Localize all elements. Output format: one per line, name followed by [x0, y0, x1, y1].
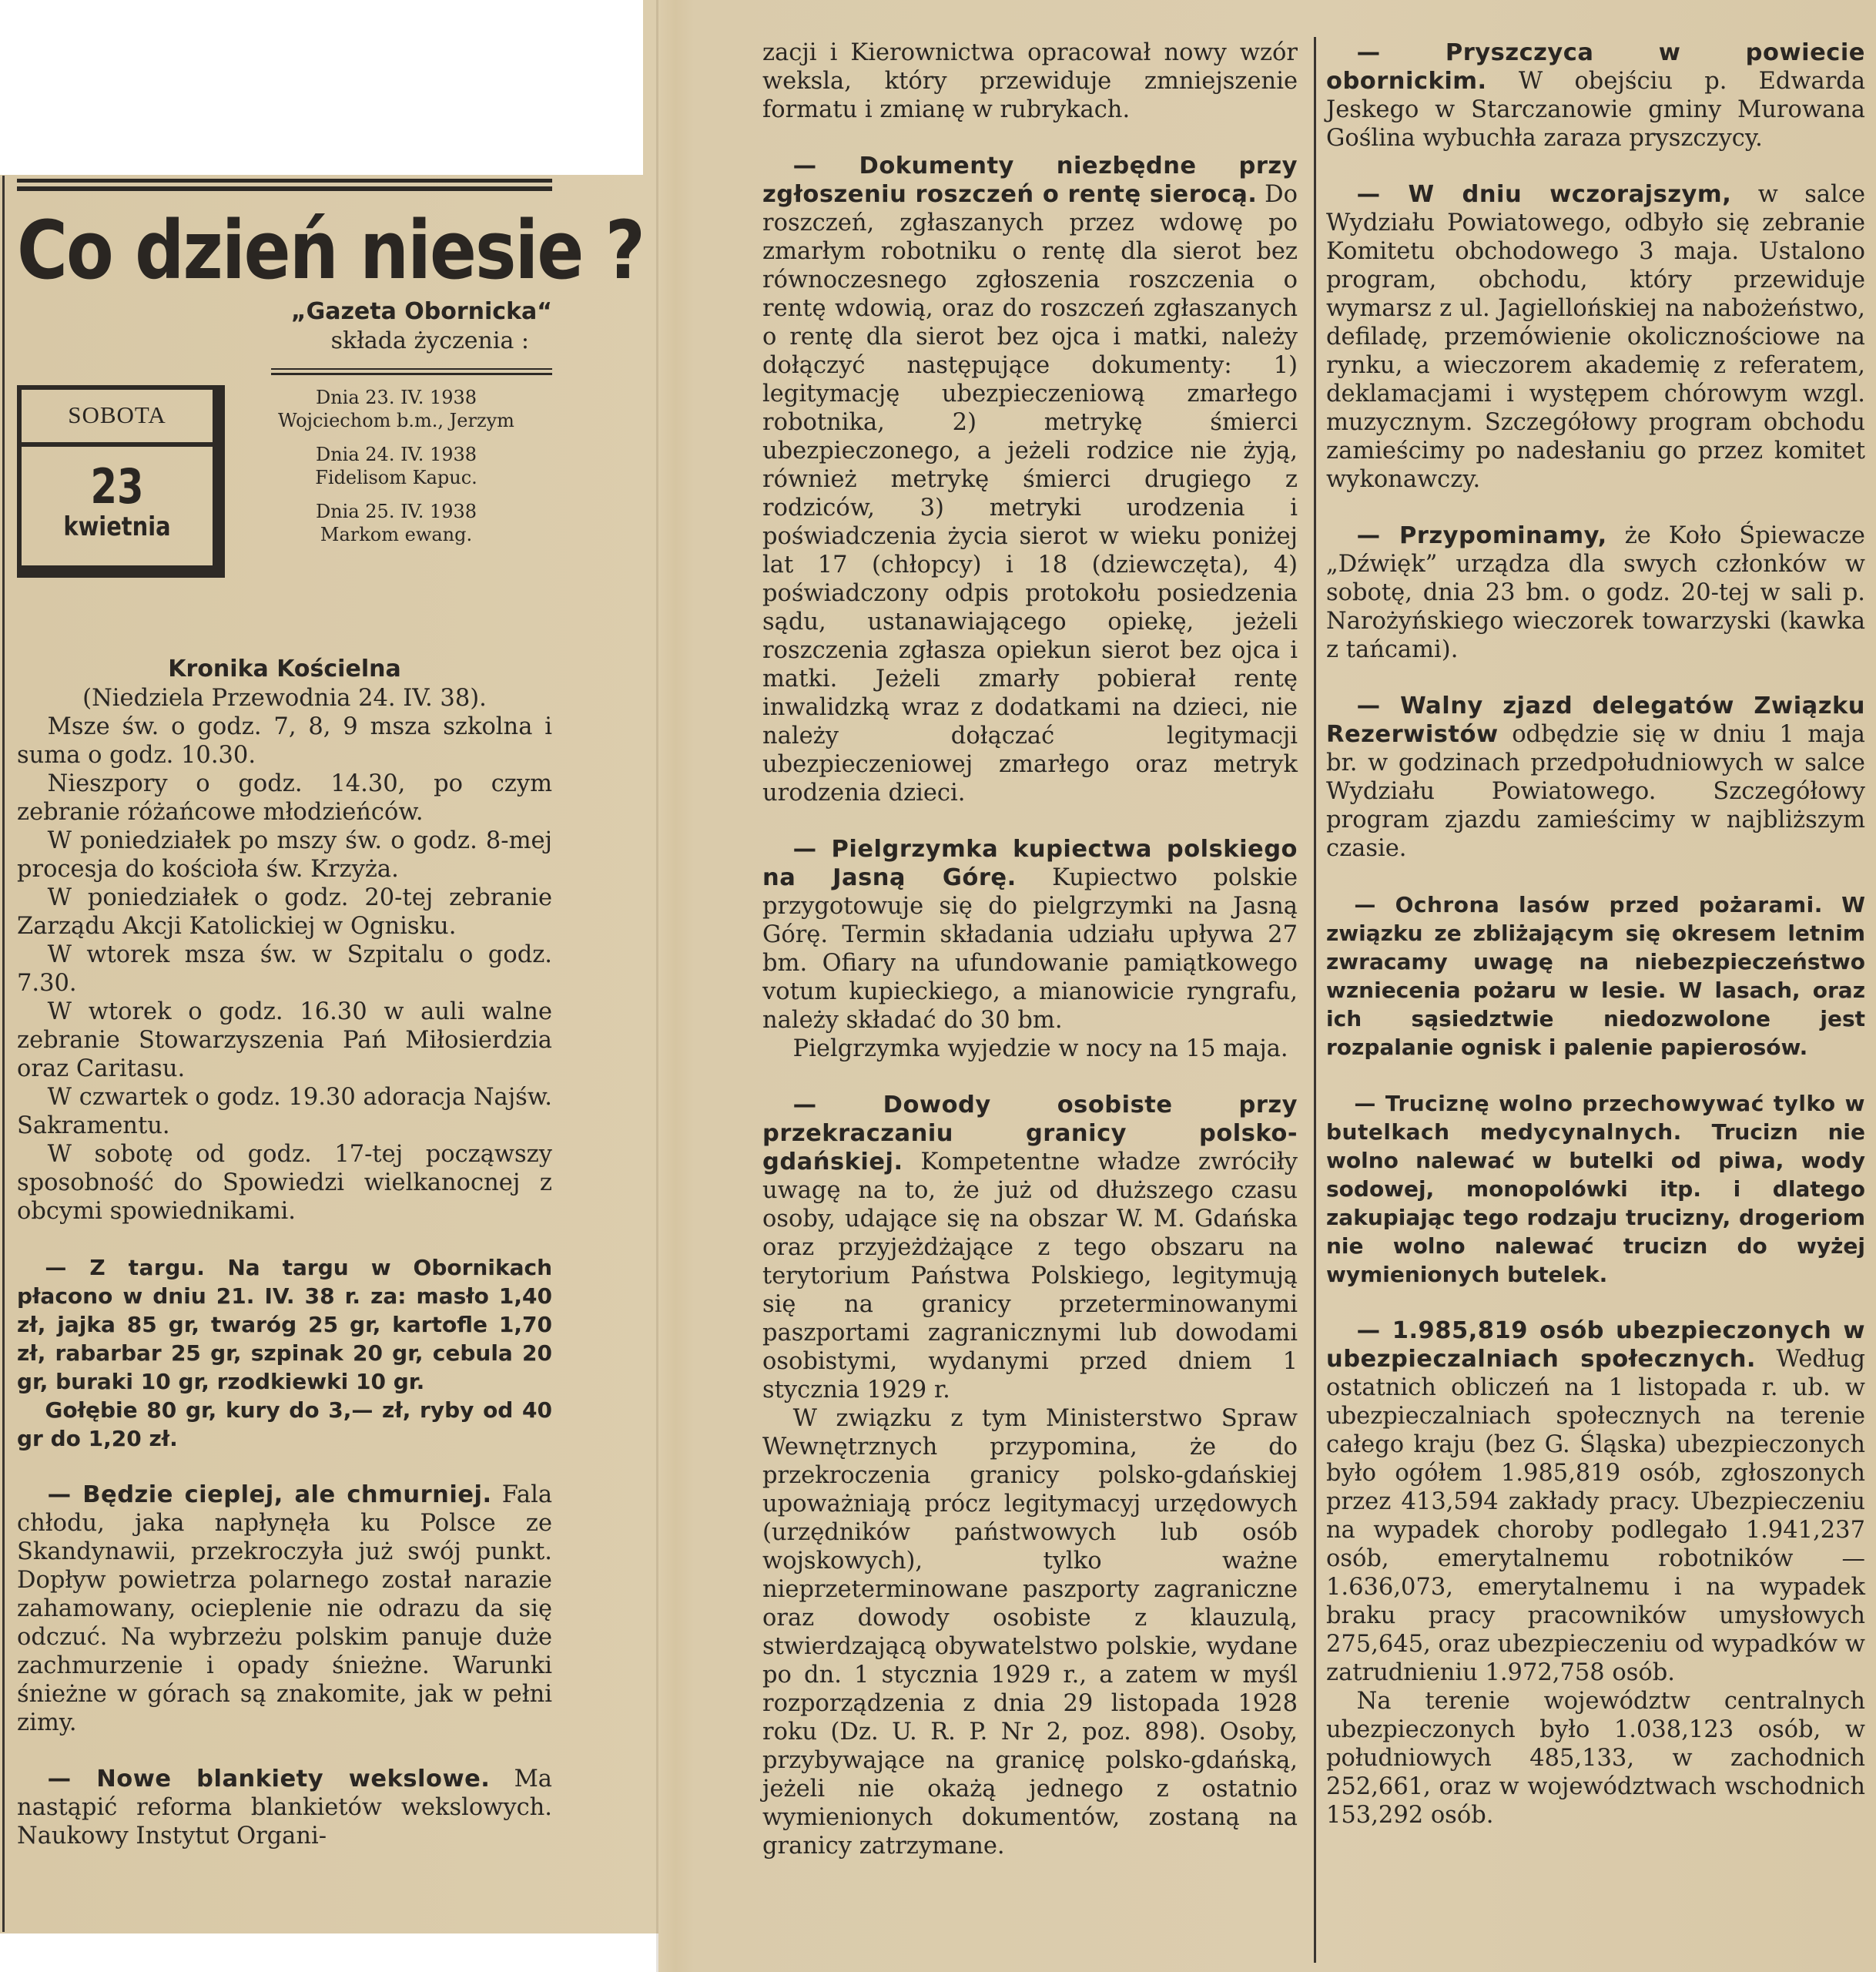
article-body: Fala chłodu, jaka napłynęła ku Polsce ze…: [17, 1481, 552, 1736]
article-body: Gołębie 80 gr, kury do 3,— zł, ryby od 4…: [17, 1396, 552, 1453]
masthead-title: Co dzień niesie ?: [17, 208, 531, 293]
name-day-names: Markom ewang.: [240, 523, 552, 546]
article-body: Do roszczeń, zgłaszanych przez wdowę po …: [762, 181, 1298, 807]
article-body: W związku z tym Ministerstwo Spraw Wewnę…: [762, 1404, 1298, 1860]
name-day-entry: Dnia 23. IV. 1938 Wojciechom b.m., Jerzy…: [240, 386, 552, 432]
article-dowody: — Dowody osobiste przy przekraczaniu gra…: [762, 1091, 1298, 1860]
name-day-names: Fidelisom Kapuc.: [240, 466, 552, 489]
calendar-day: 23: [41, 462, 193, 511]
article-headline: — Z targu.: [45, 1255, 205, 1280]
article-headline: — Nowe blankiety wekslowe.: [48, 1766, 491, 1793]
article-weather: — Będzie cieplej, ale chmurniej. Fala ch…: [17, 1481, 552, 1737]
article-pielgrzymka: — Pielgrzymka kupiectwa polskiego na Jas…: [762, 835, 1298, 1063]
article-pryszczyca: — Pryszczyca w powiecie obornickim. W ob…: [1326, 39, 1865, 153]
article-ubezpieczeni: — 1.985,819 osób ubezpieczonych w ubezpi…: [1326, 1316, 1865, 1829]
article-trucizny: — Truciznę wolno przechowywać tylko w bu…: [1326, 1089, 1865, 1289]
name-day-entry: Dnia 25. IV. 1938 Markom ewang.: [240, 500, 552, 546]
name-day-names: Wojciechom b.m., Jerzym: [240, 409, 552, 432]
kronika-paragraph: W czwartek o godz. 19.30 adoracja Najśw.…: [17, 1083, 552, 1140]
left-column: Co dzień niesie ? SOBOTA 23 kwietnia „Ga…: [17, 179, 552, 1850]
article-dokumenty: — Dokumenty niezbędne przy zgłoszeniu ro…: [762, 152, 1298, 807]
left-column-rule: [2, 176, 5, 1932]
middle-column: zacji i Kierownictwa opracował nowy wzór…: [762, 39, 1298, 1860]
article-body: Na terenie województw centralnych ubezpi…: [1326, 1687, 1865, 1829]
kronika-paragraph: W poniedziałek po mszy św. o godz. 8-mej…: [17, 827, 552, 884]
kronika-paragraph: Nieszpory o godz. 14.30, po czym zebrani…: [17, 770, 552, 827]
name-day-entry: Dnia 24. IV. 1938 Fidelisom Kapuc.: [240, 443, 552, 489]
newspaper-name: „Gazeta Obornicka“: [240, 297, 552, 327]
name-day-date: Dnia 25. IV. 1938: [240, 500, 552, 523]
article-headline: — Dokumenty niezbędne przy zgłoszeniu ro…: [762, 153, 1298, 208]
article-headline: — Będzie cieplej, ale chmurniej.: [48, 1481, 492, 1508]
kronika-paragraph: W wtorek msza św. w Szpitalu o godz. 7.3…: [17, 941, 552, 998]
blank-margin-top: [0, 0, 643, 175]
article-body: Kompetentne władze zwróciły uwagę na to,…: [762, 1149, 1298, 1404]
wishes-rule: [271, 368, 552, 375]
name-day-date: Dnia 23. IV. 1938: [240, 386, 552, 409]
article-headline: — W dniu wczorajszym,: [1357, 181, 1732, 208]
article-body: Pielgrzymka wyjedzie w nocy na 15 maja.: [762, 1035, 1298, 1063]
article-body-continued: zacji i Kierownictwa opracował nowy wzór…: [762, 39, 1298, 124]
blank-margin-bottom: [0, 1933, 658, 1972]
masthead-rule-top: [17, 179, 552, 191]
calendar-weekday: SOBOTA: [22, 390, 213, 447]
kronika-paragraph: W sobotę od godz. 17-tej począwszy sposo…: [17, 1140, 552, 1226]
article-headline: — Ochrona lasów przed pożarami.: [1354, 892, 1823, 917]
calendar-month: kwietnia: [36, 511, 199, 542]
article-rezerwisci: — Walny zjazd delegatów Związku Rezerwis…: [1326, 692, 1865, 863]
wishes-label: składa życzenia :: [240, 327, 552, 356]
article-ochrona-lasow: — Ochrona lasów przed pożarami. W związk…: [1326, 890, 1865, 1061]
article-z-targu: — Z targu. Na targu w Obornikach płacono…: [17, 1253, 552, 1453]
kronika-paragraph: Msze św. o godz. 7, 8, 9 msza szkolna i …: [17, 713, 552, 770]
page-fold: [656, 0, 658, 1972]
name-day-wishes: „Gazeta Obornicka“ składa życzenia : Dni…: [240, 293, 552, 546]
right-column: — Pryszczyca w powiecie obornickim. W ob…: [1326, 39, 1865, 1829]
kronika-paragraph: W wtorek o godz. 16.30 w auli walne zebr…: [17, 998, 552, 1083]
masthead-box-row: SOBOTA 23 kwietnia „Gazeta Obornicka“ sk…: [17, 293, 552, 655]
article-przypominamy: — Przypominamy, że Koło Śpiewacze „Dźwię…: [1326, 522, 1865, 664]
kronika-subtitle: (Niedziela Przewodnia 24. IV. 38).: [17, 684, 552, 713]
article-headline: — Przypominamy,: [1357, 522, 1607, 549]
article-body: w salce Wydziału Powiatowego, odbyło się…: [1326, 181, 1865, 493]
article-wczoraj: — W dniu wczorajszym, w salce Wydziału P…: [1326, 180, 1865, 494]
name-day-date: Dnia 24. IV. 1938: [240, 443, 552, 466]
kronika-title: Kronika Kościelna: [17, 655, 552, 684]
article-body: Według ostatnich obliczeń na 1 listopada…: [1326, 1346, 1865, 1686]
calendar-box: SOBOTA 23 kwietnia: [17, 385, 225, 578]
column-divider: [1314, 37, 1316, 1963]
article-blankiety: — Nowe blankiety wekslowe. Ma nastąpić r…: [17, 1765, 552, 1850]
kronika-paragraph: W poniedziałek o godz. 20-tej zebranie Z…: [17, 884, 552, 941]
